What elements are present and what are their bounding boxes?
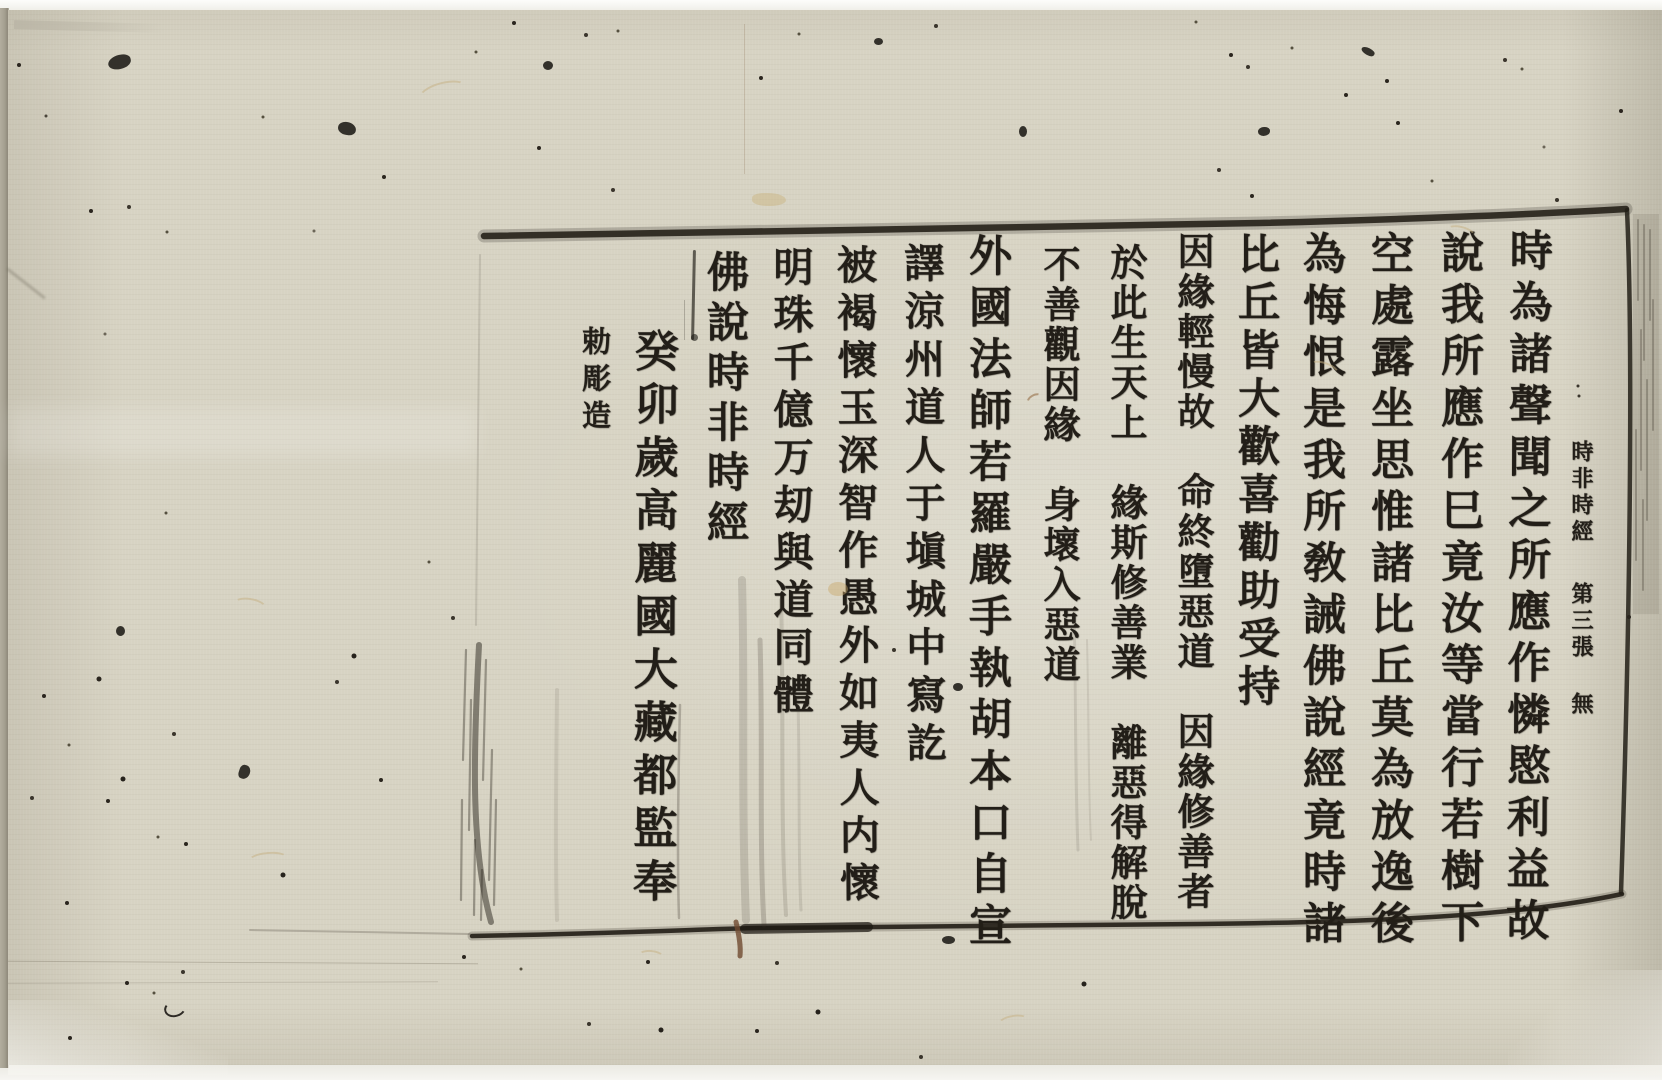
- column-verse-1: 因緣輕慢故 命終墮惡道 因緣修善者: [1164, 232, 1218, 912]
- paper-crease-vertical: [744, 24, 745, 174]
- paper-stain: [752, 193, 786, 206]
- paper-light-band: [8, 408, 478, 456]
- ink-blob: [942, 936, 955, 944]
- ink-blob: [1019, 126, 1027, 137]
- column-translator-1: 譯涼州道人于塡城中寫訖: [896, 242, 953, 770]
- paper-crease-horizontal-1: [8, 961, 478, 964]
- column-verse-3: 不善觀因緣 身壞入惡道: [1030, 245, 1084, 685]
- ink-blob: [691, 334, 698, 341]
- column-colophon-imperial-order: 勅彫造: [567, 326, 615, 437]
- marginal-scripture-title: 時非時經: [1557, 440, 1597, 546]
- column-end-title: 佛說時非時經: [700, 250, 754, 550]
- marginal-sheet-number: 第三張: [1557, 582, 1597, 662]
- column-prose-6: 外國法師若羅嚴手執胡本口自宣: [963, 233, 1017, 954]
- paper-corner-fold-bottom-left: [8, 1000, 228, 1075]
- paper-crease-horizontal-2: [8, 981, 438, 984]
- column-prose-1: 時為諸聲聞之所應作憐愍利益故: [1500, 228, 1558, 949]
- page: 時非時經 第三張 無 時為諸聲聞之所應作憐愍利益故 說我所應作巳竟汝等當行若樹下…: [0, 0, 1662, 1080]
- marginal-case-mark: 無: [1557, 692, 1597, 719]
- scanned-sutra-sheet: { "palette": { "paper": "#d7d3c3", "ink"…: [0, 0, 1662, 1080]
- column-verse-2: 於此生天上 緣斯修善業 離惡得解脫: [1097, 243, 1151, 923]
- paper-stain: [828, 582, 848, 596]
- ink-blob: [874, 38, 883, 45]
- column-translator-2: 被褐懷玉深智作愚外如夷人内懷: [828, 244, 885, 909]
- scanner-backing-bottom: [0, 1063, 1662, 1080]
- column-prose-3: 空處露坐思惟諸比丘莫為放逸後: [1365, 231, 1419, 952]
- paper-speck-field: [0, 0, 2, 2]
- paper-crease-diagonal: [6, 268, 46, 300]
- column-colophon-date: 癸卯歲高麗國大藏都監奉: [626, 328, 684, 911]
- column-prose-5: 比丘皆大歡喜勸助受持: [1231, 232, 1285, 712]
- column-prose-2: 說我所應作巳竟汝等當行若樹下: [1435, 230, 1489, 951]
- ink-blob: [953, 683, 963, 691]
- column-prose-4: 為悔恨是我所敎誡佛說經竟時諸: [1297, 231, 1351, 952]
- column-translator-3: 明珠千億万刧與道同體: [765, 246, 819, 721]
- ink-blob: [543, 61, 553, 70]
- ink-dash-mark-faint: [684, 300, 685, 340]
- paper-corner-fold-bottom-right: [1508, 970, 1662, 1075]
- ink-blob: [116, 626, 125, 636]
- paper-layer-edge: [14, 20, 164, 33]
